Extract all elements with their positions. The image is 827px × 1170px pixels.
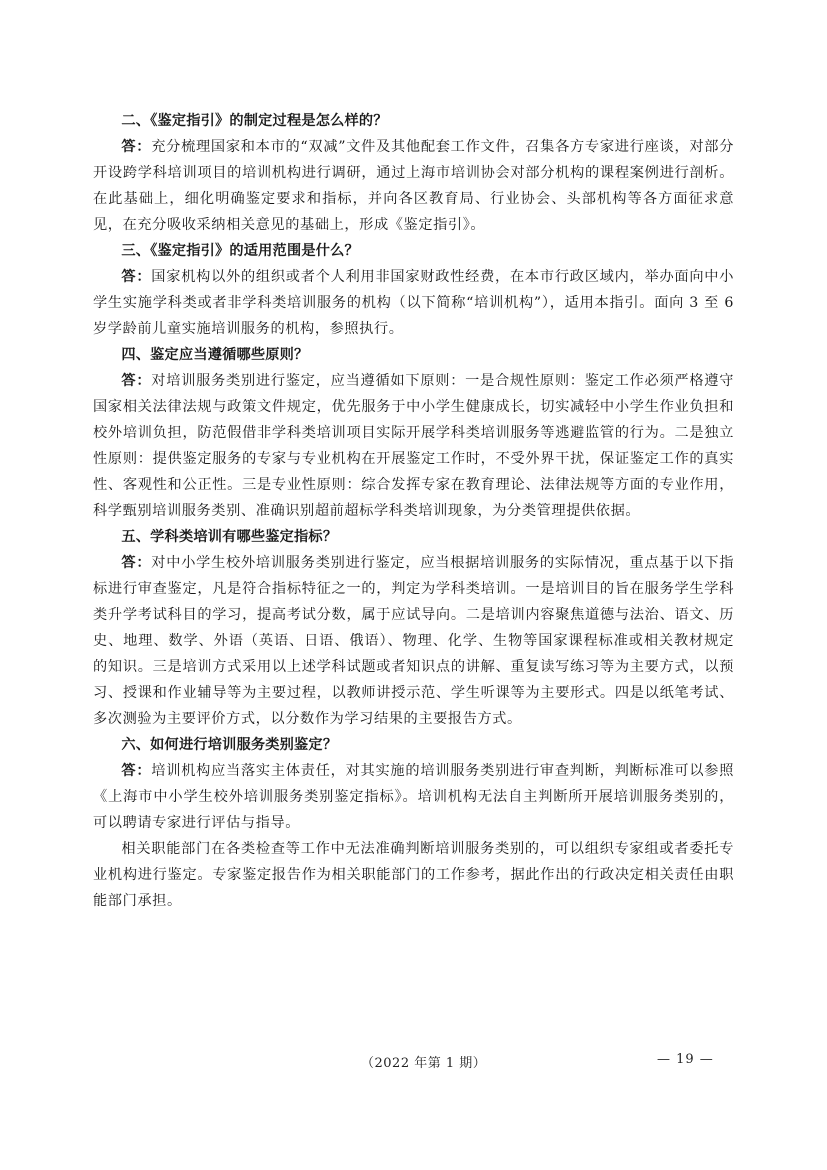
issue-label: （2022 年第 1 期） xyxy=(361,1052,486,1071)
answer-text: 国家机构以外的组织或者个人利用非国家财政性经费，在本市行政区域内，举办面向中小学… xyxy=(93,269,734,337)
section-heading: 四、鉴定应当遵循哪些原则？ xyxy=(93,342,734,368)
answer-paragraph: 答：对中小学生校外培训服务类别进行鉴定，应当根据培训服务的实际情况，重点基于以下… xyxy=(93,550,734,732)
section-heading: 二、《鉴定指引》的制定过程是怎么样的？ xyxy=(93,108,734,134)
answer-paragraph: 答：培训机构应当落实主体责任，对其实施的培训服务类别进行审查判断，判断标准可以参… xyxy=(93,758,734,836)
section-6: 六、如何进行培训服务类别鉴定？ 答：培训机构应当落实主体责任，对其实施的培训服务… xyxy=(93,732,734,914)
section-heading: 五、学科类培训有哪些鉴定指标？ xyxy=(93,524,734,550)
answer-paragraph: 答：国家机构以外的组织或者个人利用非国家财政性经费，在本市行政区域内，举办面向中… xyxy=(93,264,734,342)
section-heading: 六、如何进行培训服务类别鉴定？ xyxy=(93,732,734,758)
answer-text: 对培训服务类别进行鉴定，应当遵循如下原则：一是合规性原则：鉴定工作必须严格遵守国… xyxy=(93,373,734,519)
answer-label: 答： xyxy=(121,763,151,779)
section-4: 四、鉴定应当遵循哪些原则？ 答：对培训服务类别进行鉴定，应当遵循如下原则：一是合… xyxy=(93,342,734,524)
section-3: 三、《鉴定指引》的适用范围是什么？ 答：国家机构以外的组织或者个人利用非国家财政… xyxy=(93,238,734,342)
page-number: — 19 — xyxy=(657,1052,714,1067)
answer-text: 培训机构应当落实主体责任，对其实施的培训服务类别进行审查判断，判断标准可以参照《… xyxy=(93,763,734,831)
page-footer: （2022 年第 1 期） — 19 — xyxy=(0,1052,827,1076)
section-heading: 三、《鉴定指引》的适用范围是什么？ xyxy=(93,238,734,264)
document-body: 二、《鉴定指引》的制定过程是怎么样的？ 答：充分梳理国家和本市的“双减”文件及其… xyxy=(93,108,734,914)
answer-label: 答： xyxy=(121,373,151,389)
section-2: 二、《鉴定指引》的制定过程是怎么样的？ 答：充分梳理国家和本市的“双减”文件及其… xyxy=(93,108,734,238)
answer-paragraph: 答：充分梳理国家和本市的“双减”文件及其他配套工作文件，召集各方专家进行座谈，对… xyxy=(93,134,734,238)
answer-label: 答： xyxy=(121,139,151,155)
answer-label: 答： xyxy=(121,269,151,285)
answer-paragraph: 答：对培训服务类别进行鉴定，应当遵循如下原则：一是合规性原则：鉴定工作必须严格遵… xyxy=(93,368,734,524)
extra-paragraph: 相关职能部门在各类检查等工作中无法准确判断培训服务类别的，可以组织专家组或者委托… xyxy=(93,836,734,914)
answer-text: 对中小学生校外培训服务类别进行鉴定，应当根据培训服务的实际情况，重点基于以下指标… xyxy=(93,555,734,727)
answer-text: 充分梳理国家和本市的“双减”文件及其他配套工作文件，召集各方专家进行座谈，对部分… xyxy=(93,139,734,233)
section-5: 五、学科类培训有哪些鉴定指标？ 答：对中小学生校外培训服务类别进行鉴定，应当根据… xyxy=(93,524,734,732)
answer-label: 答： xyxy=(121,555,151,571)
